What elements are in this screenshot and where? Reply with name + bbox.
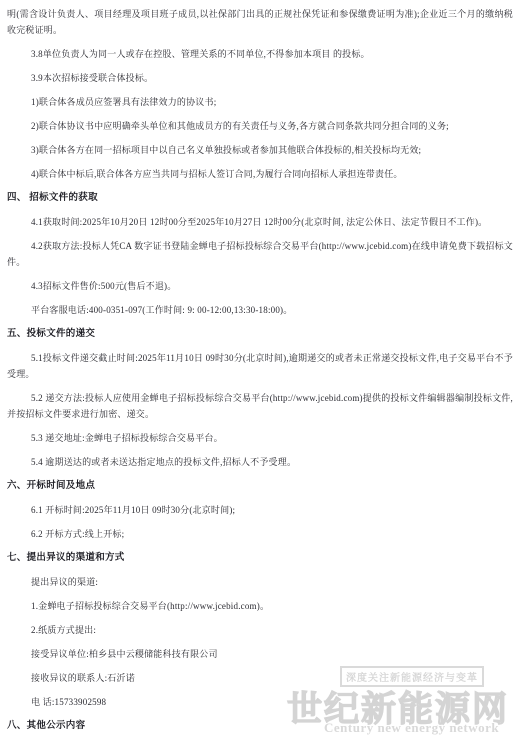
list-item: 2.纸质方式提出: (7, 622, 513, 638)
contact-org: 接受异议单位:柏乡县中云稷储能科技有限公司 (7, 646, 513, 662)
contact-phone: 电 话:15733902598 (7, 694, 513, 710)
paragraph: 平台客服电话:400-0351-097(工作时间: 9: 00-12:00,13… (7, 302, 513, 318)
paragraph: 5.4 逾期送达的或者未送达指定地点的投标文件,招标人不予受理。 (7, 454, 513, 470)
list-item: 3)联合体各方在同一招标项目中以自己名义单独投标或者参加其他联合体投标的,相关投… (7, 142, 513, 158)
paragraph: 6.2 开标方式:线上开标; (7, 526, 513, 542)
paragraph: 6.1 开标时间:2025年11月10日 09时30分(北京时间); (7, 502, 513, 518)
section-heading: 八、其他公示内容 (7, 718, 513, 734)
paragraph: 5.1投标文件递交截止时间:2025年11月10日 09时30分(北京时间),逾… (7, 350, 513, 382)
paragraph: 3.9本次招标接受联合体投标。 (7, 70, 513, 86)
section-heading: 六、开标时间及地点 (7, 478, 513, 494)
document-body: 明(需含设计负责人、项目经理及项目班子成员,以社保部门出具的正规社保凭证和参保缴… (7, 6, 513, 734)
list-item: 4)联合体中标后,联合体各方应当共同与招标人签订合同,为履行合同向招标人承担连带… (7, 166, 513, 182)
paragraph: 5.3 递交地址:金蝉电子招标投标综合交易平台。 (7, 430, 513, 446)
paragraph: 明(需含设计负责人、项目经理及项目班子成员,以社保部门出具的正规社保凭证和参保缴… (7, 6, 513, 38)
paragraph: 5.2 递交方法:投标人应使用金蝉电子招标投标综合交易平台(http://www… (7, 390, 513, 422)
list-item: 1.金蝉电子招标投标综合交易平台(http://www.jcebid.com)。 (7, 598, 513, 614)
paragraph: 提出异议的渠道: (7, 574, 513, 590)
document-page: 深度关注新能源经济与变革 世纪新能源网 Century new energy n… (0, 0, 527, 742)
section-heading: 五、投标文件的递交 (7, 326, 513, 342)
list-item: 1)联合体各成员应签署具有法律效力的协议书; (7, 94, 513, 110)
section-heading: 四、 招标文件的获取 (7, 190, 513, 206)
list-item: 2)联合体协议书中应明确牵头单位和其他成员方的有关责任与义务,各方就合同条款共同… (7, 118, 513, 134)
paragraph: 4.1获取时间:2025年10月20日 12时00分至2025年10月27日 1… (7, 214, 513, 230)
contact-person: 接收异议的联系人:石沂诺 (7, 670, 513, 686)
paragraph: 4.2获取方法:投标人凭CA 数字证书登陆金蝉电子招标投标综合交易平台(http… (7, 238, 513, 270)
paragraph: 3.8单位负责人为同一人或存在控股、管理关系的不同单位,不得参加本项目 的投标。 (7, 46, 513, 62)
section-heading: 七、提出异议的渠道和方式 (7, 550, 513, 566)
paragraph: 4.3招标文件售价:500元(售后不退)。 (7, 278, 513, 294)
